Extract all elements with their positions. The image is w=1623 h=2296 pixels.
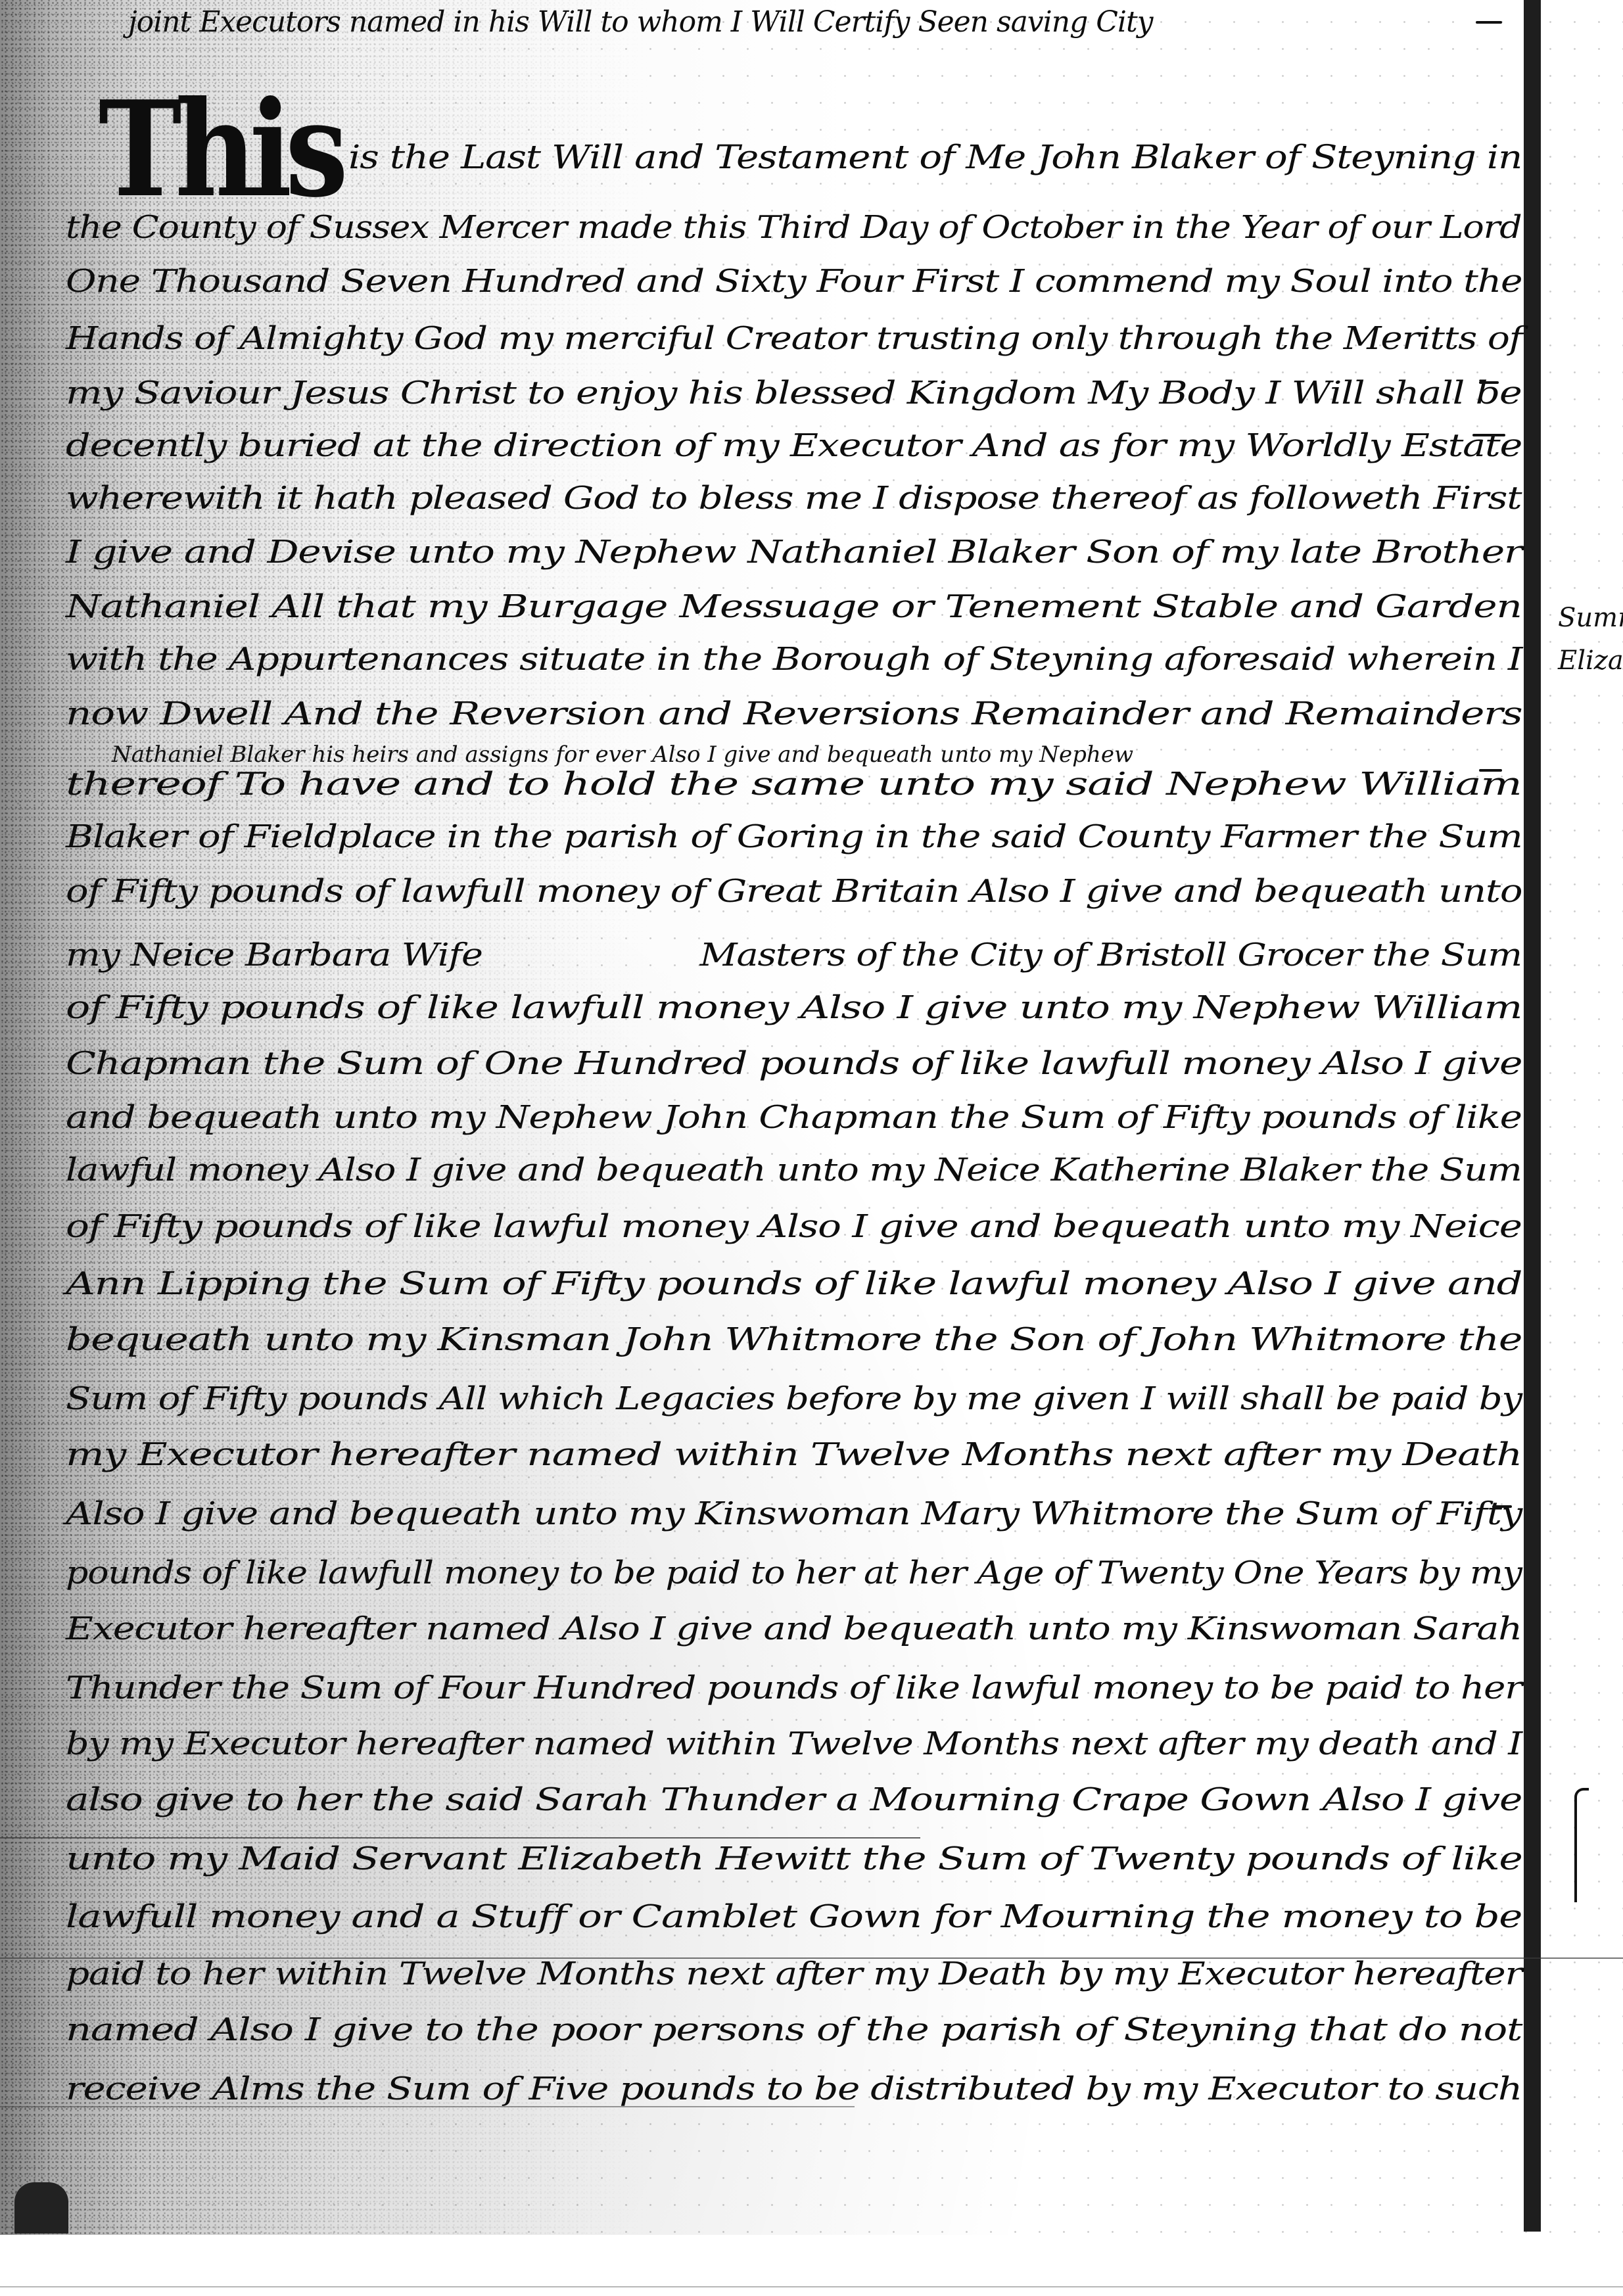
line-filler-dash xyxy=(1476,21,1502,24)
margin-bracket xyxy=(1574,1788,1589,1902)
interlinear-insertion: Nathaniel Blaker his heirs and assigns f… xyxy=(112,741,1133,768)
body-line-17: Chapman the Sum of One Hundred pounds of… xyxy=(66,1045,1522,1082)
body-line-28: Thunder the Sum of Four Hundred pounds o… xyxy=(66,1670,1522,1706)
body-line-19: lawful money Also I give and bequeath un… xyxy=(66,1152,1522,1188)
page-bottom-edge xyxy=(0,2286,1623,2287)
body-line-14: of Fifty pounds of lawfull money of Grea… xyxy=(66,873,1522,910)
header-continuation-line: joint Executors named in his Will to who… xyxy=(128,5,1153,39)
body-line-29: by my Executor hereafter named within Tw… xyxy=(66,1725,1522,1762)
body-line-13: Blaker of Fieldplace in the parish of Go… xyxy=(66,818,1522,855)
body-line-20: of Fifty pounds of like lawful money Als… xyxy=(66,1208,1522,1245)
body-line-23: Sum of Fifty pounds All which Legacies b… xyxy=(66,1380,1522,1417)
body-line-33: paid to her within Twelve Months next af… xyxy=(66,1956,1522,1992)
body-line-8: I give and Devise unto my Nephew Nathani… xyxy=(66,534,1522,571)
body-line-1: is the Last Will and Testament of Me Joh… xyxy=(348,138,1522,176)
body-line-5: my Saviour Jesus Christ to enjoy his ble… xyxy=(66,375,1522,411)
body-line-2: the County of Sussex Mercer made this Th… xyxy=(66,209,1521,246)
line-filler-dash xyxy=(1479,769,1502,772)
scanned-page: joint Executors named in his Will to who… xyxy=(0,0,1623,2235)
line-filler-dash xyxy=(1472,434,1505,436)
body-line-26: pounds of like lawfull money to be paid … xyxy=(66,1555,1522,1591)
body-line-27: Executor hereafter named Also I give and… xyxy=(66,1610,1522,1647)
right-margin-rule xyxy=(1524,0,1541,2232)
body-line-35: receive Alms the Sum of Five pounds to b… xyxy=(66,2071,1522,2107)
body-line-34: named Also I give to the poor persons of… xyxy=(66,2011,1522,2048)
body-line-31: unto my Maid Servant Elizabeth Hewitt th… xyxy=(66,1840,1522,1877)
scan-artifact-line xyxy=(0,1837,920,1839)
body-line-18: and bequeath unto my Nephew John Chapman… xyxy=(66,1099,1522,1136)
body-line-25: Also I give and bequeath unto my Kinswom… xyxy=(66,1495,1522,1532)
margin-note-summ: Summ xyxy=(1558,598,1623,638)
body-line-7: wherewith it hath pleased God to bless m… xyxy=(66,480,1521,517)
drop-cap-this: This xyxy=(99,72,342,227)
margin-note-elizal: Elizal xyxy=(1558,641,1623,680)
body-line-22: bequeath unto my Kinsman John Whitmore t… xyxy=(66,1321,1522,1358)
body-line-3: One Thousand Seven Hundred and Sixty Fou… xyxy=(66,263,1522,300)
body-line-6: decently buried at the direction of my E… xyxy=(66,427,1522,464)
body-line-4: Hands of Almighty God my merciful Creato… xyxy=(66,320,1522,357)
body-line-24: my Executor hereafter named within Twelv… xyxy=(66,1436,1522,1473)
body-line-30: also give to her the said Sarah Thunder … xyxy=(66,1781,1522,1818)
body-line-21: Ann Lipping the Sum of Fifty pounds of l… xyxy=(66,1265,1522,1302)
line-filler-dash xyxy=(1492,1505,1512,1508)
binding-mark xyxy=(14,2182,68,2234)
body-line-12: thereof To have and to hold the same unt… xyxy=(66,766,1521,803)
body-line-16: of Fifty pounds of like lawfull money Al… xyxy=(66,989,1522,1026)
body-line-15: my Neice Barbara Wife Masters of the Cit… xyxy=(66,937,1522,973)
body-line-9: Nathaniel All that my Burgage Messuage o… xyxy=(66,588,1522,625)
body-line-32: lawfull money and a Stuff or Camblet Gow… xyxy=(66,1898,1522,1935)
body-line-10: with the Appurtenances situate in the Bo… xyxy=(66,641,1522,678)
line-filler-dash xyxy=(1479,381,1499,384)
body-line-11: now Dwell And the Reversion and Reversio… xyxy=(66,695,1522,732)
